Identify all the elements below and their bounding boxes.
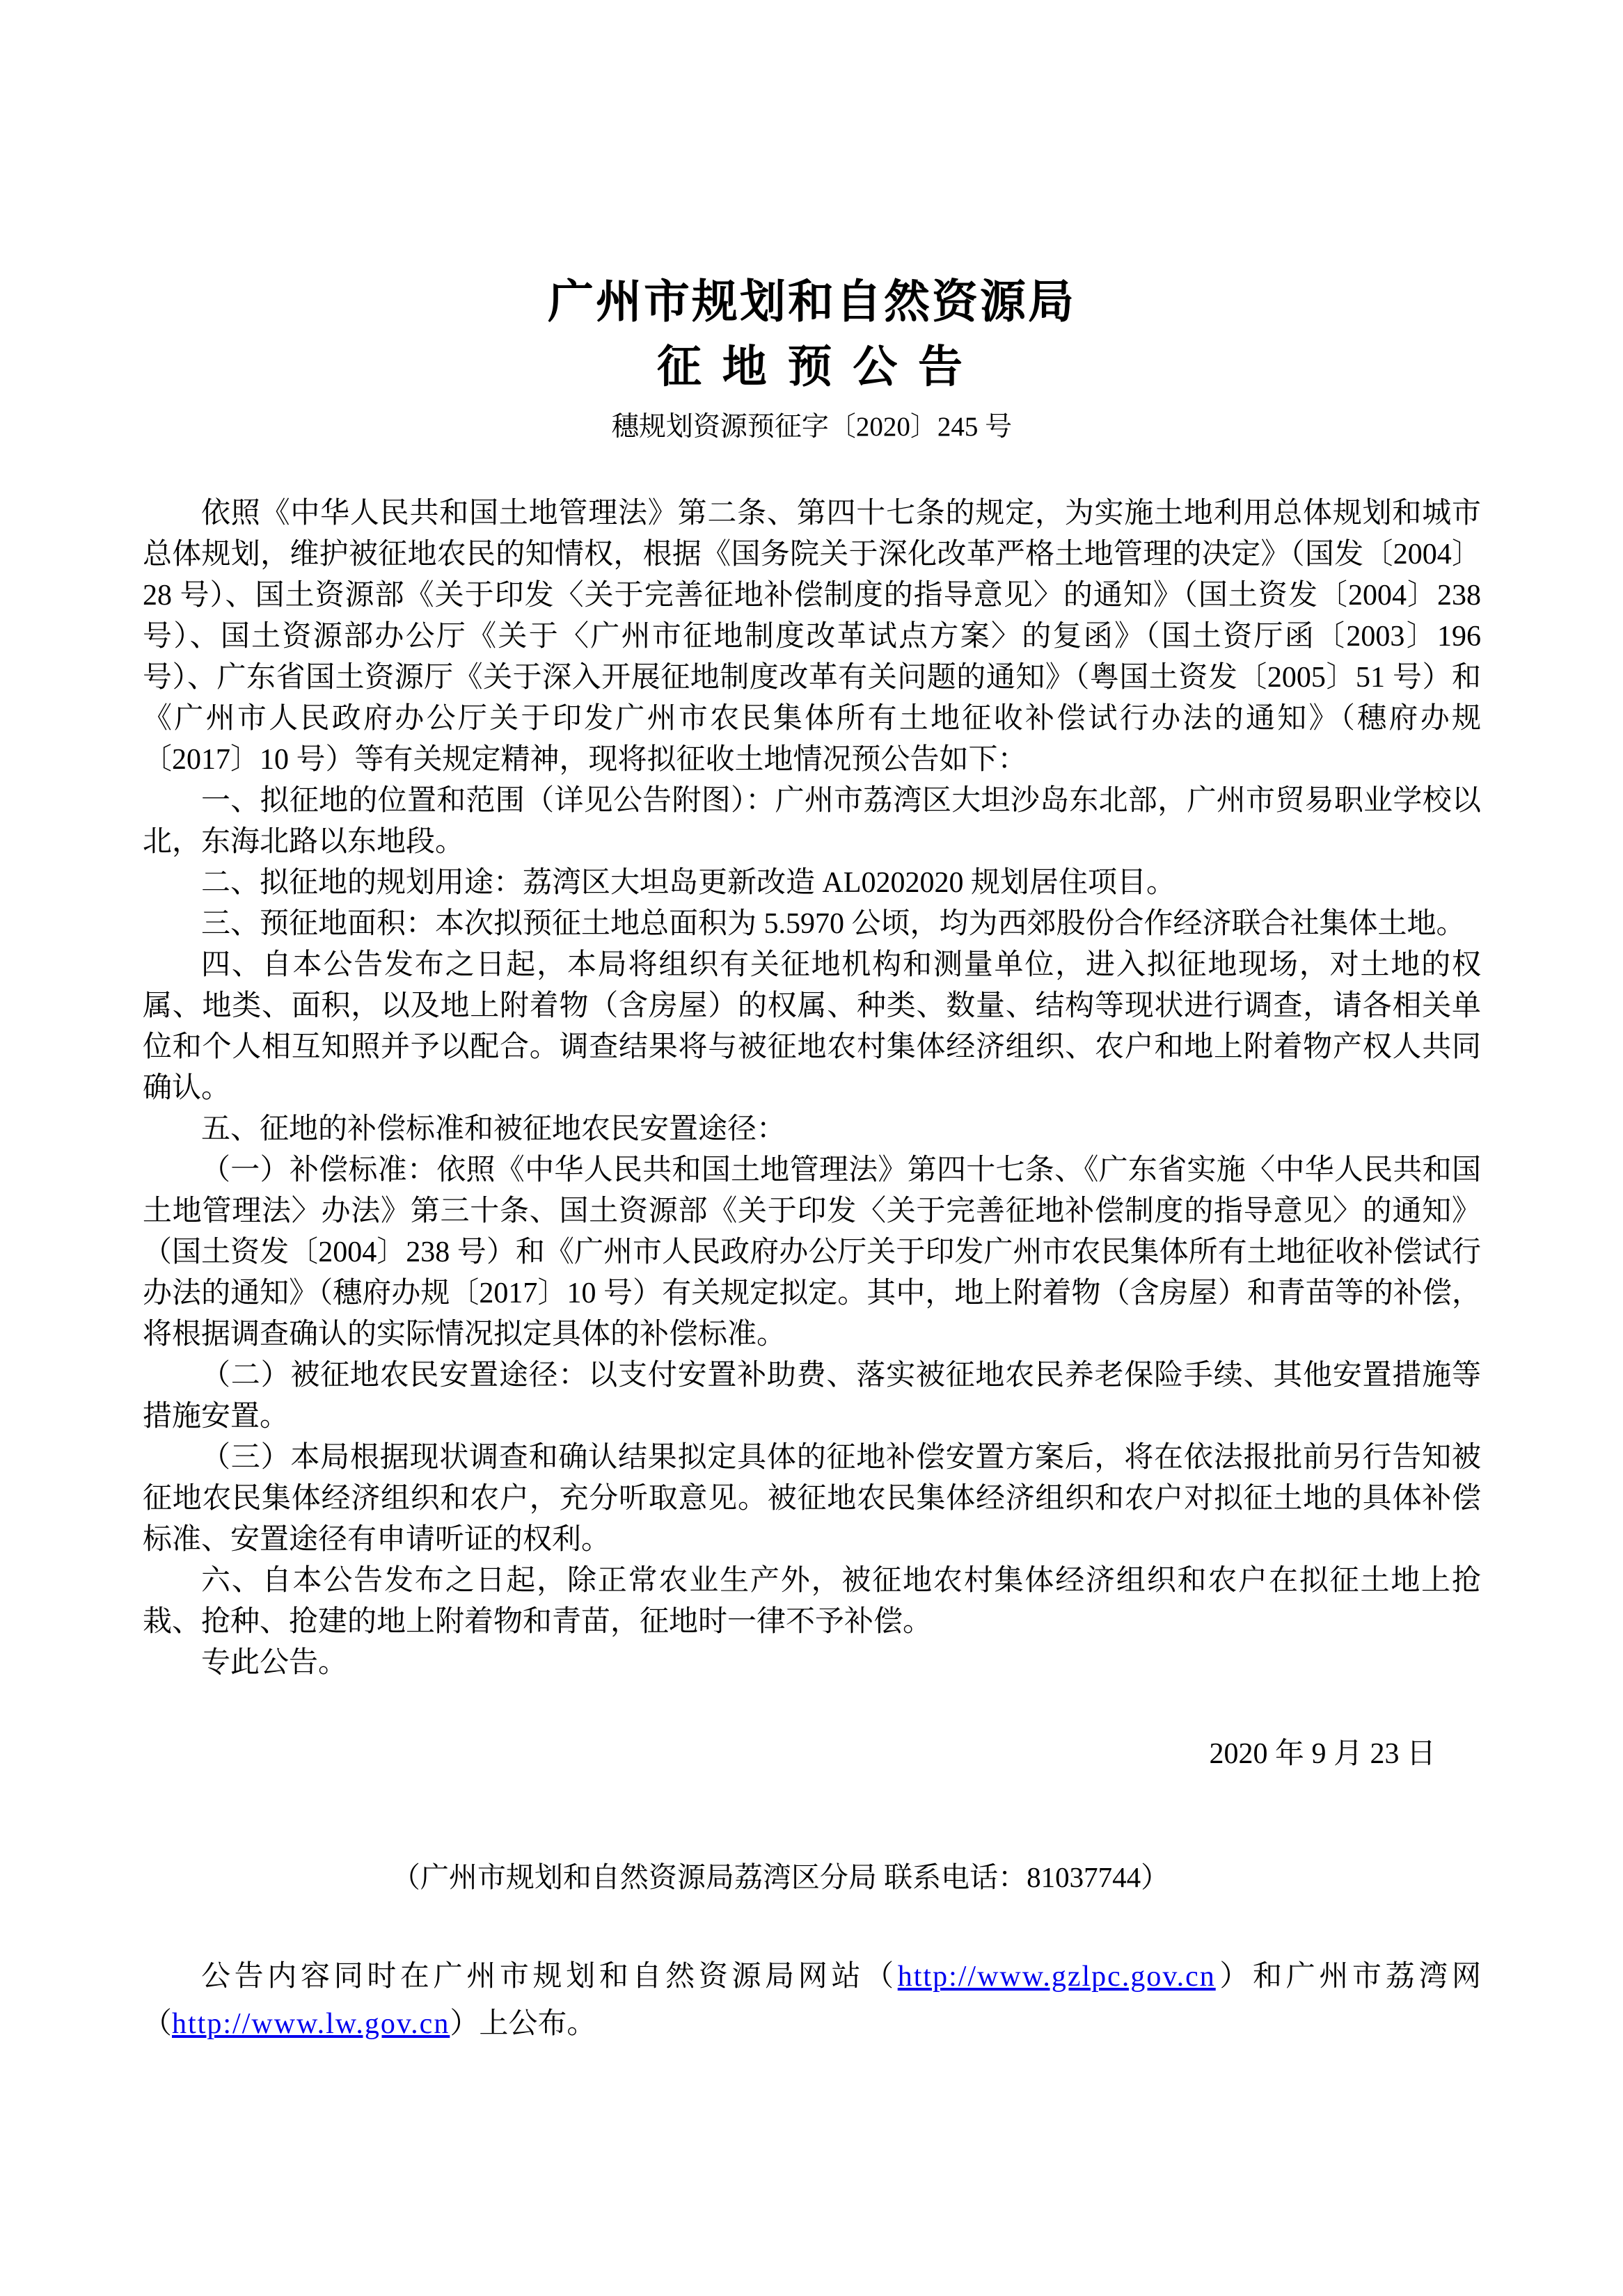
document-subtitle: 征 地 预 公 告 (143, 339, 1481, 394)
paragraph-item-5-3: （三）本局根据现状调查和确认结果拟定具体的征地补偿安置方案后，将在依法报批前另行… (143, 1437, 1481, 1561)
paragraph-item-5: 五、征地的补偿标准和被征地农民安置途径： (143, 1109, 1481, 1150)
paragraph-item-2: 二、拟征地的规划用途：荔湾区大坦岛更新改造 AL0202020 规划居住项目。 (143, 863, 1481, 904)
liwan-website-link[interactable]: http://www.lw.gov.cn (172, 2008, 450, 2040)
publication-note-text-3: ）上公布。 (450, 2008, 596, 2040)
document-title: 广州市规划和自然资源局 (143, 273, 1481, 329)
announcement-page: 广州市规划和自然资源局 征 地 预 公 告 穗规划资源预征字〔2020〕245 … (0, 0, 1623, 2296)
paragraph-item-3: 三、预征地面积：本次拟预征土地总面积为 5.5970 公顷，均为西郊股份合作经济… (143, 904, 1481, 945)
paragraph-intro: 依照《中华人民共和国土地管理法》第二条、第四十七条的规定，为实施土地利用总体规划… (143, 493, 1481, 781)
document-body: 依照《中华人民共和国土地管理法》第二条、第四十七条的规定，为实施土地利用总体规划… (143, 493, 1481, 1684)
issue-date: 2020 年 9 月 23 日 (143, 1734, 1481, 1775)
publication-note-text-1: 公告内容同时在广州市规划和自然资源局网站（ (201, 1961, 898, 1993)
gzlpc-website-link[interactable]: http://www.gzlpc.gov.cn (898, 1961, 1216, 1993)
publication-note: 公告内容同时在广州市规划和自然资源局网站（http://www.gzlpc.go… (143, 1953, 1481, 2048)
paragraph-item-5-1: （一）补偿标准：依照《中华人民共和国土地管理法》第四十七条、《广东省实施〈中华人… (143, 1150, 1481, 1355)
paragraph-item-6: 六、自本公告发布之日起，除正常农业生产外，被征地农村集体经济组织和农户在拟征土地… (143, 1561, 1481, 1643)
document-content: 广州市规划和自然资源局 征 地 预 公 告 穗规划资源预征字〔2020〕245 … (143, 273, 1481, 2048)
paragraph-closing: 专此公告。 (143, 1643, 1481, 1684)
document-number: 穗规划资源预征字〔2020〕245 号 (143, 410, 1481, 445)
paragraph-item-1: 一、拟征地的位置和范围（详见公告附图）：广州市荔湾区大坦沙岛东北部，广州市贸易职… (143, 781, 1481, 863)
paragraph-item-5-2: （二）被征地农民安置途径：以支付安置补助费、落实被征地农民养老保险手续、其他安置… (143, 1355, 1481, 1437)
paragraph-item-4: 四、自本公告发布之日起，本局将组织有关征地机构和测量单位，进入拟征地现场，对土地… (143, 945, 1481, 1109)
contact-line: （广州市规划和自然资源局荔湾区分局 联系电话：81037744） (111, 1857, 1450, 1898)
